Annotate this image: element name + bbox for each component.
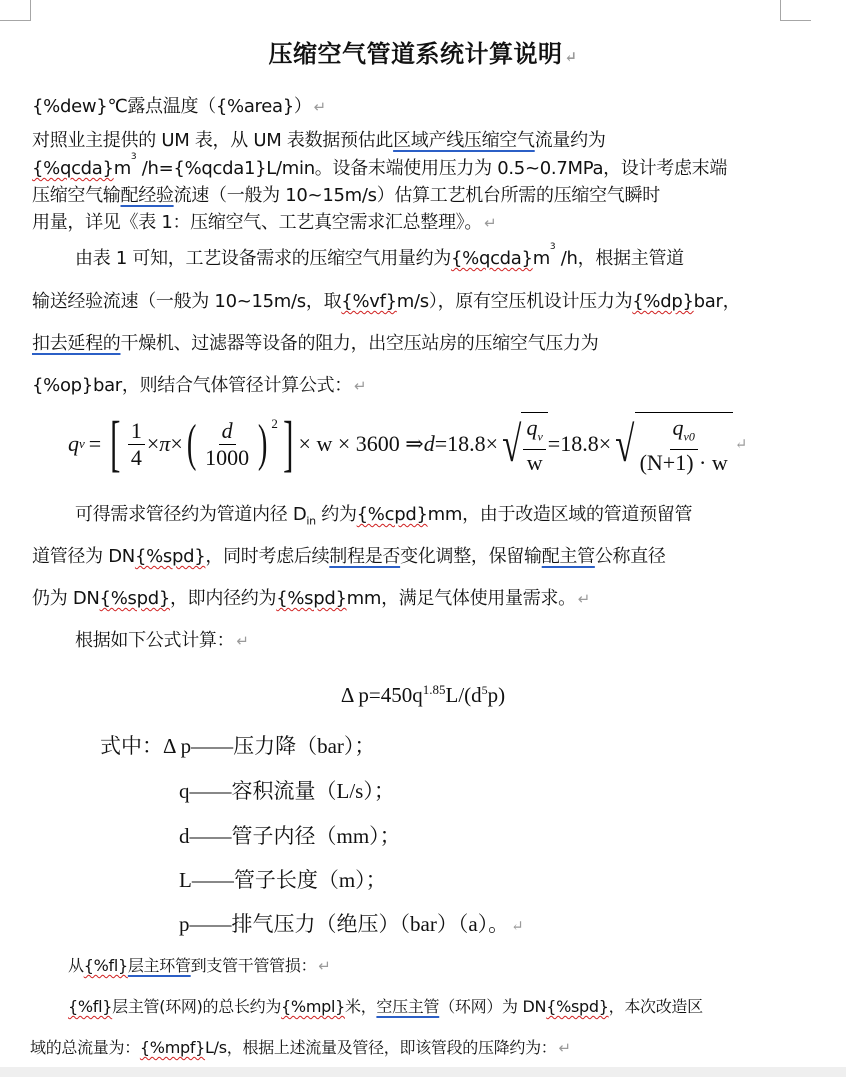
- definition-flow: q——容积流量（L/s）；: [179, 775, 395, 805]
- definition-pressure-drop: 式中：Δ p——压力降（bar）；: [100, 730, 375, 760]
- pipe-diameter-formula: qv = [ 14 ×π× ( d1000 )2 ] × w × 3600 ⇒ …: [68, 408, 747, 480]
- para2-line3: 扣去延程的干燥机、过滤器等设备的阻力，出空压站房的压缩空气压力为: [32, 329, 598, 355]
- crop-mark-top-left: [0, 0, 31, 21]
- paragraph-mark-icon: ↵: [318, 957, 330, 975]
- dew-point-line: {%dew}℃露点温度（{%area}）↵: [32, 92, 326, 118]
- para2-line1: 由表 1 可知，工艺设备需求的压缩空气用量约为{%qcda}m3 /h，根据主管…: [75, 244, 684, 270]
- pressure-drop-formula: Δ p=450q1.85L/(d5p): [0, 682, 846, 708]
- paragraph-mark-icon: ↵: [236, 632, 248, 650]
- para1-line3: 压缩空气输配经验流速（一般为 10~15m/s）估算工艺机台所需的压缩空气瞬时: [32, 181, 660, 207]
- paragraph-mark-icon: ↵: [314, 98, 326, 116]
- definition-diameter: d——管子内径（mm）；: [179, 820, 401, 850]
- paragraph-mark-icon: ↵: [564, 48, 577, 66]
- para2-line2: 输送经验流速（一般为 10~15m/s，取{%vf}m/s），原有空压机设计压力…: [32, 287, 740, 313]
- para3-line2: 道管径为 DN{%spd}，同时考虑后续制程是否变化调整，保留输配主管公称直径: [32, 542, 666, 568]
- paragraph-mark-icon: ↵: [735, 435, 748, 454]
- paragraph-mark-icon: ↵: [559, 1039, 571, 1057]
- paragraph-mark-icon: ↵: [578, 590, 590, 608]
- para3-line3: 仍为 DN{%spd}，即内径约为{%spd}mm，满足气体使用量需求。↵: [32, 584, 590, 610]
- para1-line4: 用量，详见《表 1：压缩空气、工艺真空需求汇总整理》。↵: [32, 208, 496, 234]
- definition-length: L——管子长度（m）；: [179, 864, 387, 894]
- para1-line2: {%qcda}m3 /h={%qcda1}L/min。设备末端使用压力为 0.5…: [32, 154, 727, 180]
- document-title: 压缩空气管道系统计算说明↵: [0, 34, 846, 69]
- definition-pressure: p——排气压力（绝压）（bar）（a）。↵: [179, 908, 524, 938]
- para4-line3: 域的总流量为：{%mpf}L/s，根据上述流量及管径，即该管段的压降约为：↵: [30, 1035, 571, 1058]
- para3-line1: 可得需求管径约为管道内径 Din 约为{%cpd}mm，由于改造区域的管道预留管: [75, 500, 692, 528]
- page-gap: [0, 1067, 846, 1077]
- paragraph-mark-icon: ↵: [511, 919, 524, 935]
- para1-line1: 对照业主提供的 UM 表，从 UM 表数据预估此区域产线压缩空气流量约为: [32, 126, 606, 152]
- paragraph-mark-icon: ↵: [354, 377, 366, 395]
- para4-line1: 从{%fl}层主环管到支管干管管损：↵: [68, 953, 331, 976]
- para3-line4: 根据如下公式计算：↵: [75, 626, 249, 652]
- para2-line4: {%op}bar，则结合气体管径计算公式：↵: [32, 371, 366, 397]
- crop-mark-top-right: [780, 0, 811, 21]
- para4-line2: {%fl}层主管(环网)的总长约为{%mpl}米，空压主管（环网）为 DN{%s…: [68, 994, 703, 1017]
- paragraph-mark-icon: ↵: [484, 214, 496, 232]
